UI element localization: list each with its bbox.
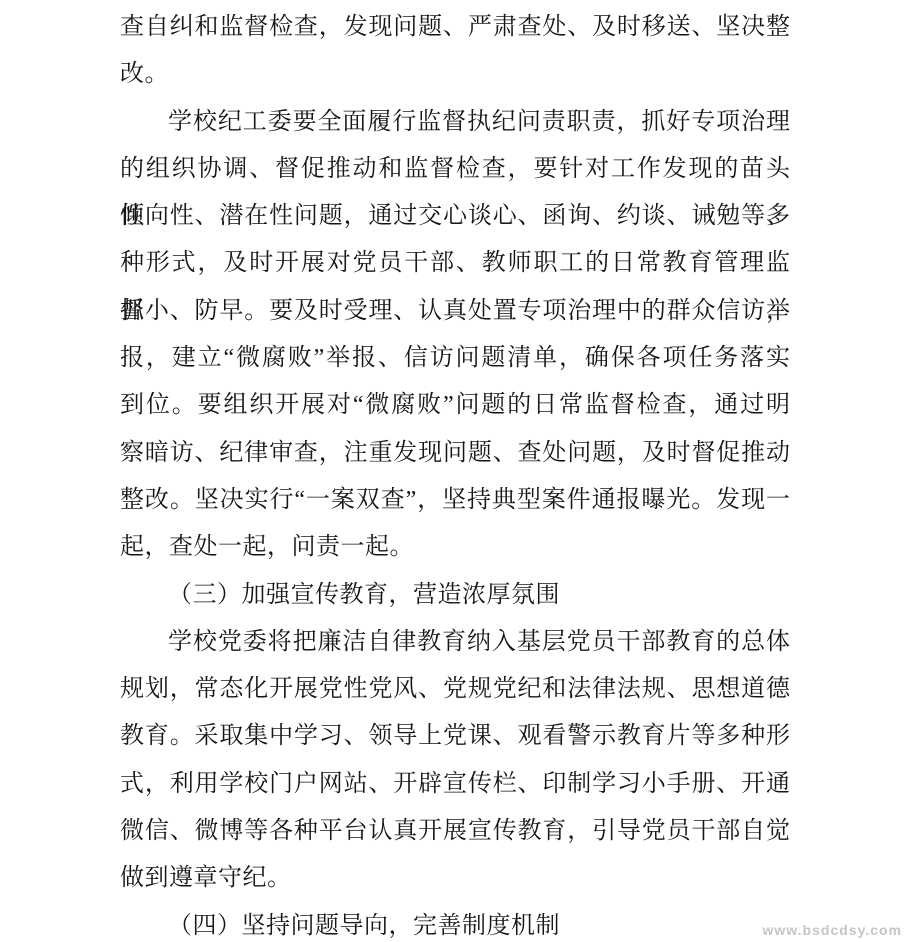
- text-line: 抓小、防早。要及时受理、认真处置专项治理中的群众信访举: [120, 288, 790, 335]
- text-line: 整改。坚决实行“一案双查”，坚持典型案件通报曝光。发现一: [120, 477, 790, 524]
- text-line: 报，建立“微腐败”举报、信访问题清单，确保各项任务落实: [120, 335, 790, 382]
- text-line: 改。: [120, 51, 790, 98]
- text-line: 种形式，及时开展对党员干部、教师职工的日常教育管理监督，: [120, 240, 790, 287]
- text-line: 察暗访、纪律审查，注重发现问题、查处问题，及时督促推动: [120, 430, 790, 477]
- text-line: 查自纠和监督检查，发现问题、严肃查处、及时移送、坚决整: [120, 4, 790, 51]
- text-line: 教育。采取集中学习、领导上党课、观看警示教育片等多种形: [120, 713, 790, 760]
- text-line: 学校党委将把廉洁自律教育纳入基层党员干部教育的总体: [120, 619, 790, 666]
- section-heading: （四）坚持问题导向，完善制度机制: [120, 903, 790, 942]
- watermark: www.bsdcdsy.com: [763, 922, 902, 938]
- section-heading: （三）加强宣传教育，营造浓厚氛围: [120, 572, 790, 619]
- text-line: 式，利用学校门户网站、开辟宣传栏、印制学习小手册、开通: [120, 761, 790, 808]
- text-line: 做到遵章守纪。: [120, 855, 790, 902]
- text-column: 查自纠和监督检查，发现问题、严肃查处、及时移送、坚决整 改。 学校纪工委要全面履…: [120, 4, 790, 942]
- text-line: 规划，常态化开展党性党风、党规党纪和法律法规、思想道德: [120, 666, 790, 713]
- text-line: 起，查处一起，问责一起。: [120, 524, 790, 571]
- text-line: 倾向性、潜在性问题，通过交心谈心、函询、约谈、诫勉等多: [120, 193, 790, 240]
- text-line: 学校纪工委要全面履行监督执纪问责职责，抓好专项治理: [120, 99, 790, 146]
- text-line: 微信、微博等各种平台认真开展宣传教育，引导党员干部自觉: [120, 808, 790, 855]
- text-line: 到位。要组织开展对“微腐败”问题的日常监督检查，通过明: [120, 382, 790, 429]
- document-page: 查自纠和监督检查，发现问题、严肃查处、及时移送、坚决整 改。 学校纪工委要全面履…: [0, 0, 908, 942]
- text-line: 的组织协调、督促推动和监督检查，要针对工作发现的苗头性、: [120, 146, 790, 193]
